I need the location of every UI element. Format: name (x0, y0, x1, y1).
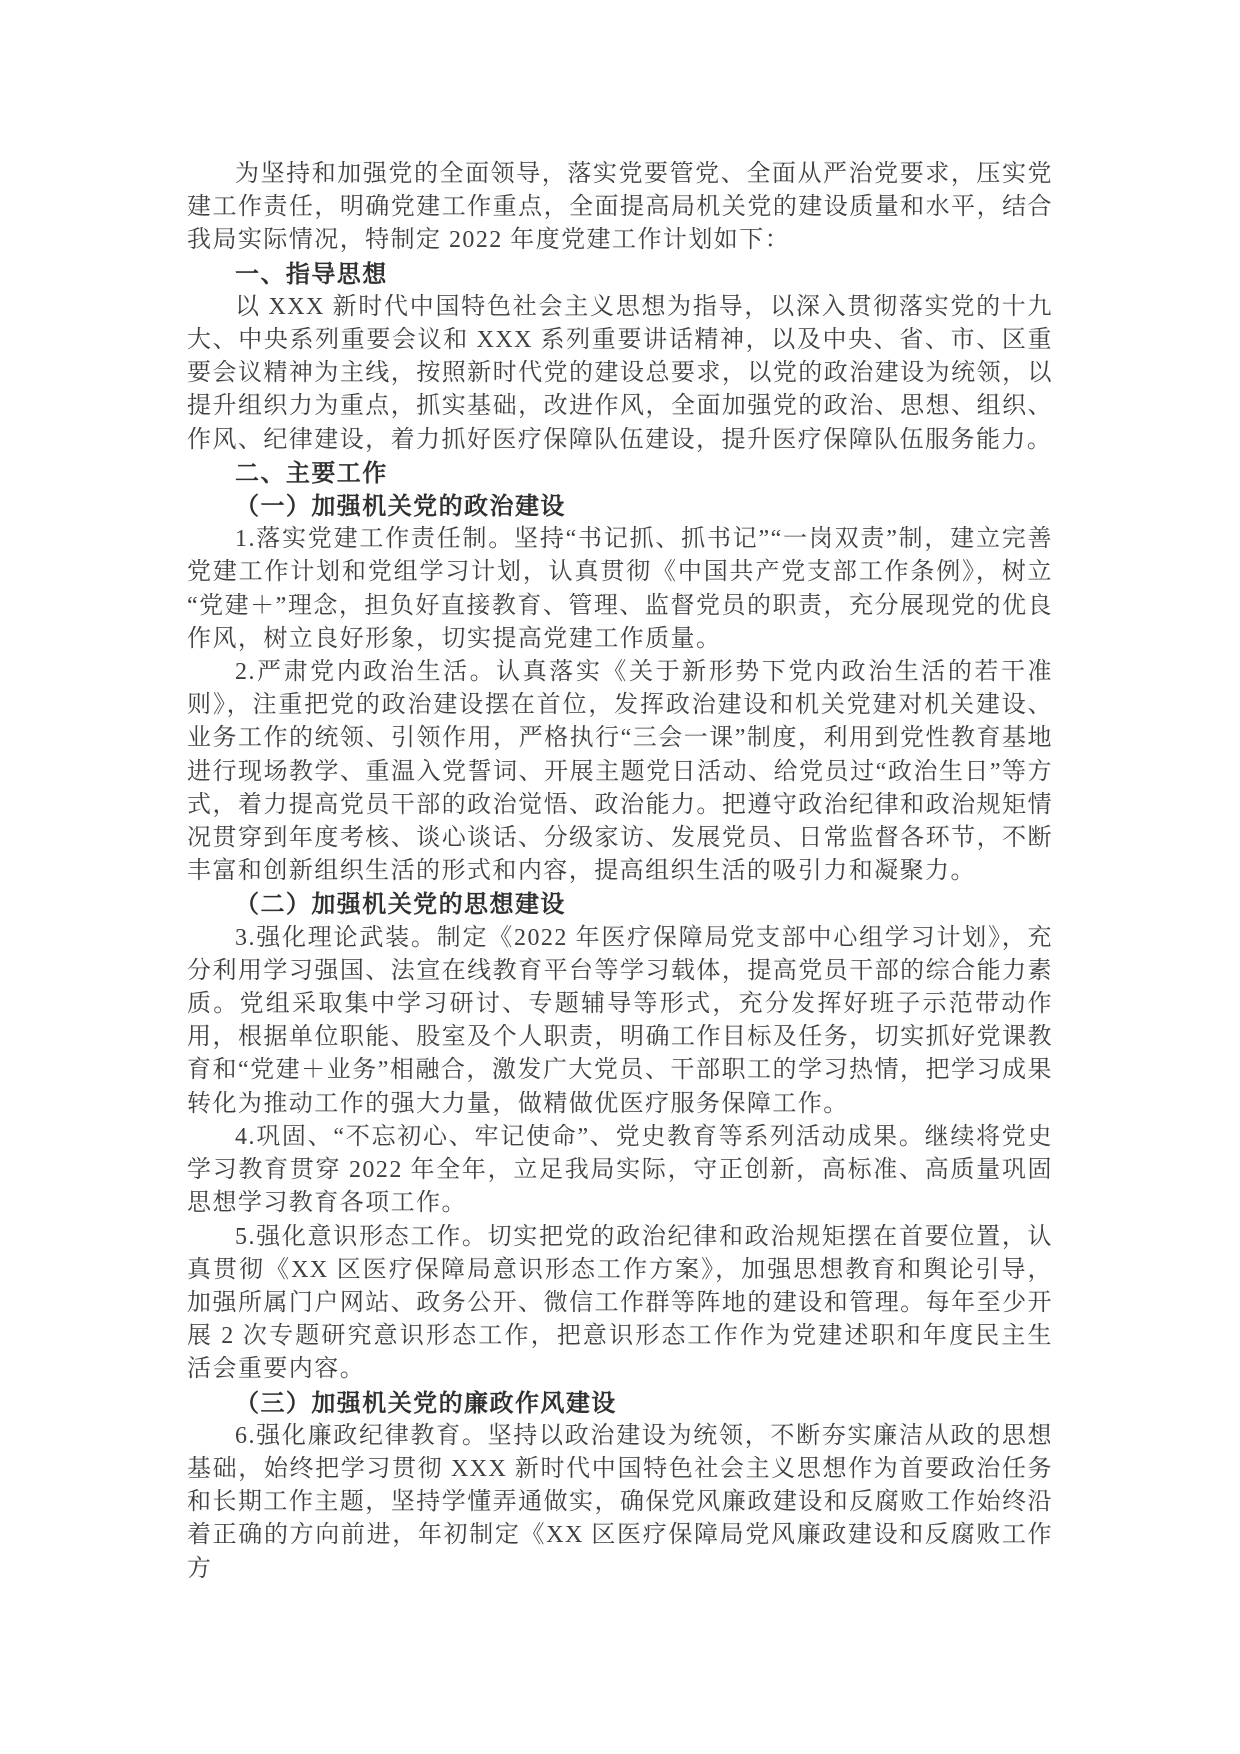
paragraph-item-5: 5.强化意识形态工作。切实把党的政治纪律和政治规矩摆在首要位置，认真贯彻《XX … (187, 1221, 1053, 1387)
paragraph-item-2: 2.严肃党内政治生活。认真落实《关于新形势下党内政治生活的若干准则》，注重把党的… (187, 656, 1053, 888)
subheading-political-building: （一）加强机关党的政治建设 (187, 490, 1053, 523)
paragraph-item-1: 1.落实党建工作责任制。坚持“书记抓、抓书记”“一岗双责”制，建立完善党建工作计… (187, 523, 1053, 656)
heading-guiding-ideology: 一、指导思想 (187, 258, 1053, 291)
paragraph-item-3: 3.强化理论武装。制定《2022 年医疗保障局党支部中心组学习计划》，充分利用学… (187, 922, 1053, 1121)
paragraph-item-4: 4.巩固、“不忘初心、牢记使命”、党史教育等系列活动成果。继续将党史学习教育贯穿… (187, 1121, 1053, 1221)
subheading-clean-governance: （三）加强机关党的廉政作风建设 (187, 1387, 1053, 1420)
document-page: 为坚持和加强党的全面领导，落实党要管党、全面从严治党要求，压实党建工作责任，明确… (0, 0, 1240, 1754)
paragraph-item-6: 6.强化廉政纪律教育。坚持以政治建设为统领，不断夯实廉洁从政的思想基础，始终把学… (187, 1420, 1053, 1586)
heading-main-work: 二、主要工作 (187, 457, 1053, 490)
paragraph-guiding-ideology: 以 XXX 新时代中国特色社会主义思想为指导，以深入贯彻落实党的十九大、中央系列… (187, 291, 1053, 457)
paragraph-intro: 为坚持和加强党的全面领导，落实党要管党、全面从严治党要求，压实党建工作责任，明确… (187, 158, 1053, 258)
subheading-ideological-building: （二）加强机关党的思想建设 (187, 888, 1053, 921)
